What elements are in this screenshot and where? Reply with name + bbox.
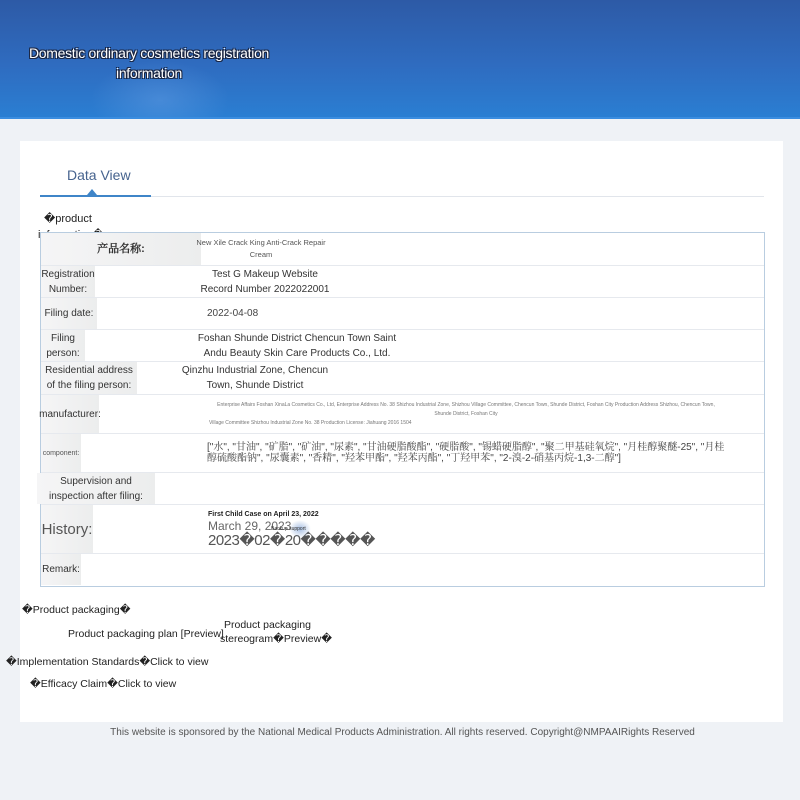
row-label: manufacturer:	[41, 395, 99, 433]
history-entry: First Child Case on April 23, 2022	[208, 510, 375, 520]
row-label: Remark:	[41, 554, 81, 585]
site-footer: This website is sponsored by the Nationa…	[0, 727, 800, 738]
packaging-plan-preview-link[interactable]: Product packaging plan [Preview]	[68, 627, 224, 641]
manufacturer-value-line1: Enterprise Affairs Foshan XinaLa Cosmeti…	[211, 401, 721, 419]
table-row-history: History: First Child Case on April 23, 2…	[41, 505, 764, 554]
packaging-stereogram-preview-link[interactable]: Product packaging stereogram�Preview�	[220, 618, 315, 646]
table-row-manufacturer: manufacturer: Enterprise Affairs Foshan …	[41, 395, 764, 434]
manufacturer-value-line2: Village Committee Shizhou Industrial Zon…	[209, 419, 764, 428]
row-value: Enterprise Affairs Foshan XinaLa Cosmeti…	[201, 395, 764, 433]
row-value: ["水", "甘油", "矿脂", "矿油", "尿素", "甘油硬脂酸酯", …	[201, 434, 764, 472]
residential-address-value: Qinzhu Industrial Zone, Chencun Town, Sh…	[175, 363, 335, 393]
row-value: First Child Case on April 23, 2022 March…	[201, 505, 764, 553]
row-value: Foshan Shunde District Chencun Town Sain…	[201, 330, 764, 361]
history-tooltip: Backup support	[271, 522, 306, 537]
filing-person-value: Foshan Shunde District Chencun Town Sain…	[187, 331, 407, 361]
registration-number-value: Test G Makeup Website Record Number 2022…	[195, 267, 335, 297]
row-label: Supervision and inspection after filing:	[37, 473, 155, 504]
row-label: component:	[41, 434, 81, 472]
table-row-registration-number: Registration Number: Test G Makeup Websi…	[41, 266, 764, 298]
table-row-residential-address: Residential address of the filing person…	[41, 362, 764, 395]
page-title: Domestic ordinary cosmetics registration…	[20, 43, 278, 83]
row-label: 产品名称:	[41, 233, 201, 265]
product-details-table: 产品名称: New Xile Crack King Anti-Crack Rep…	[40, 232, 765, 587]
table-row-filing-date: Filing date: 2022-04-08	[41, 298, 764, 330]
row-label: Residential address of the filing person…	[41, 362, 137, 394]
page-banner: Domestic ordinary cosmetics registration…	[0, 0, 800, 119]
row-value: Test G Makeup Website Record Number 2022…	[201, 266, 764, 297]
row-value	[201, 554, 764, 585]
table-row-remark: Remark:	[41, 554, 764, 585]
row-value: Qinzhu Industrial Zone, Chencun Town, Sh…	[201, 362, 764, 394]
row-label: Filing date:	[41, 298, 97, 329]
table-row-product-name: 产品名称: New Xile Crack King Anti-Crack Rep…	[41, 233, 764, 266]
tab-data-view[interactable]: Data View	[67, 167, 131, 183]
table-row-supervision: Supervision and inspection after filing:	[41, 473, 764, 505]
row-label: Registration Number:	[41, 266, 95, 297]
row-label: History:	[41, 505, 93, 553]
row-value: 2022-04-08	[201, 298, 764, 329]
history-entries: First Child Case on April 23, 2022 March…	[201, 510, 375, 549]
caret-up-icon	[87, 189, 97, 195]
efficacy-claim-link[interactable]: �Efficacy Claim�Click to view	[30, 677, 176, 691]
component-value: ["水", "甘油", "矿脂", "矿油", "尿素", "甘油硬脂酸酯", …	[201, 442, 764, 464]
active-tab-indicator	[40, 195, 151, 197]
product-packaging-heading: �Product packaging�	[22, 603, 131, 617]
row-value	[201, 473, 764, 504]
table-row-component: component: ["水", "甘油", "矿脂", "矿油", "尿素",…	[41, 434, 764, 473]
implementation-standards-link[interactable]: �Implementation Standards�Click to view	[6, 655, 208, 669]
row-value: New Xile Crack King Anti-Crack Repair Cr…	[201, 233, 764, 265]
product-name-value: New Xile Crack King Anti-Crack Repair Cr…	[191, 237, 331, 261]
table-row-filing-person: Filing person: Foshan Shunde District Ch…	[41, 330, 764, 362]
filing-date-value: 2022-04-08	[201, 306, 258, 321]
row-label: Filing person:	[41, 330, 85, 361]
